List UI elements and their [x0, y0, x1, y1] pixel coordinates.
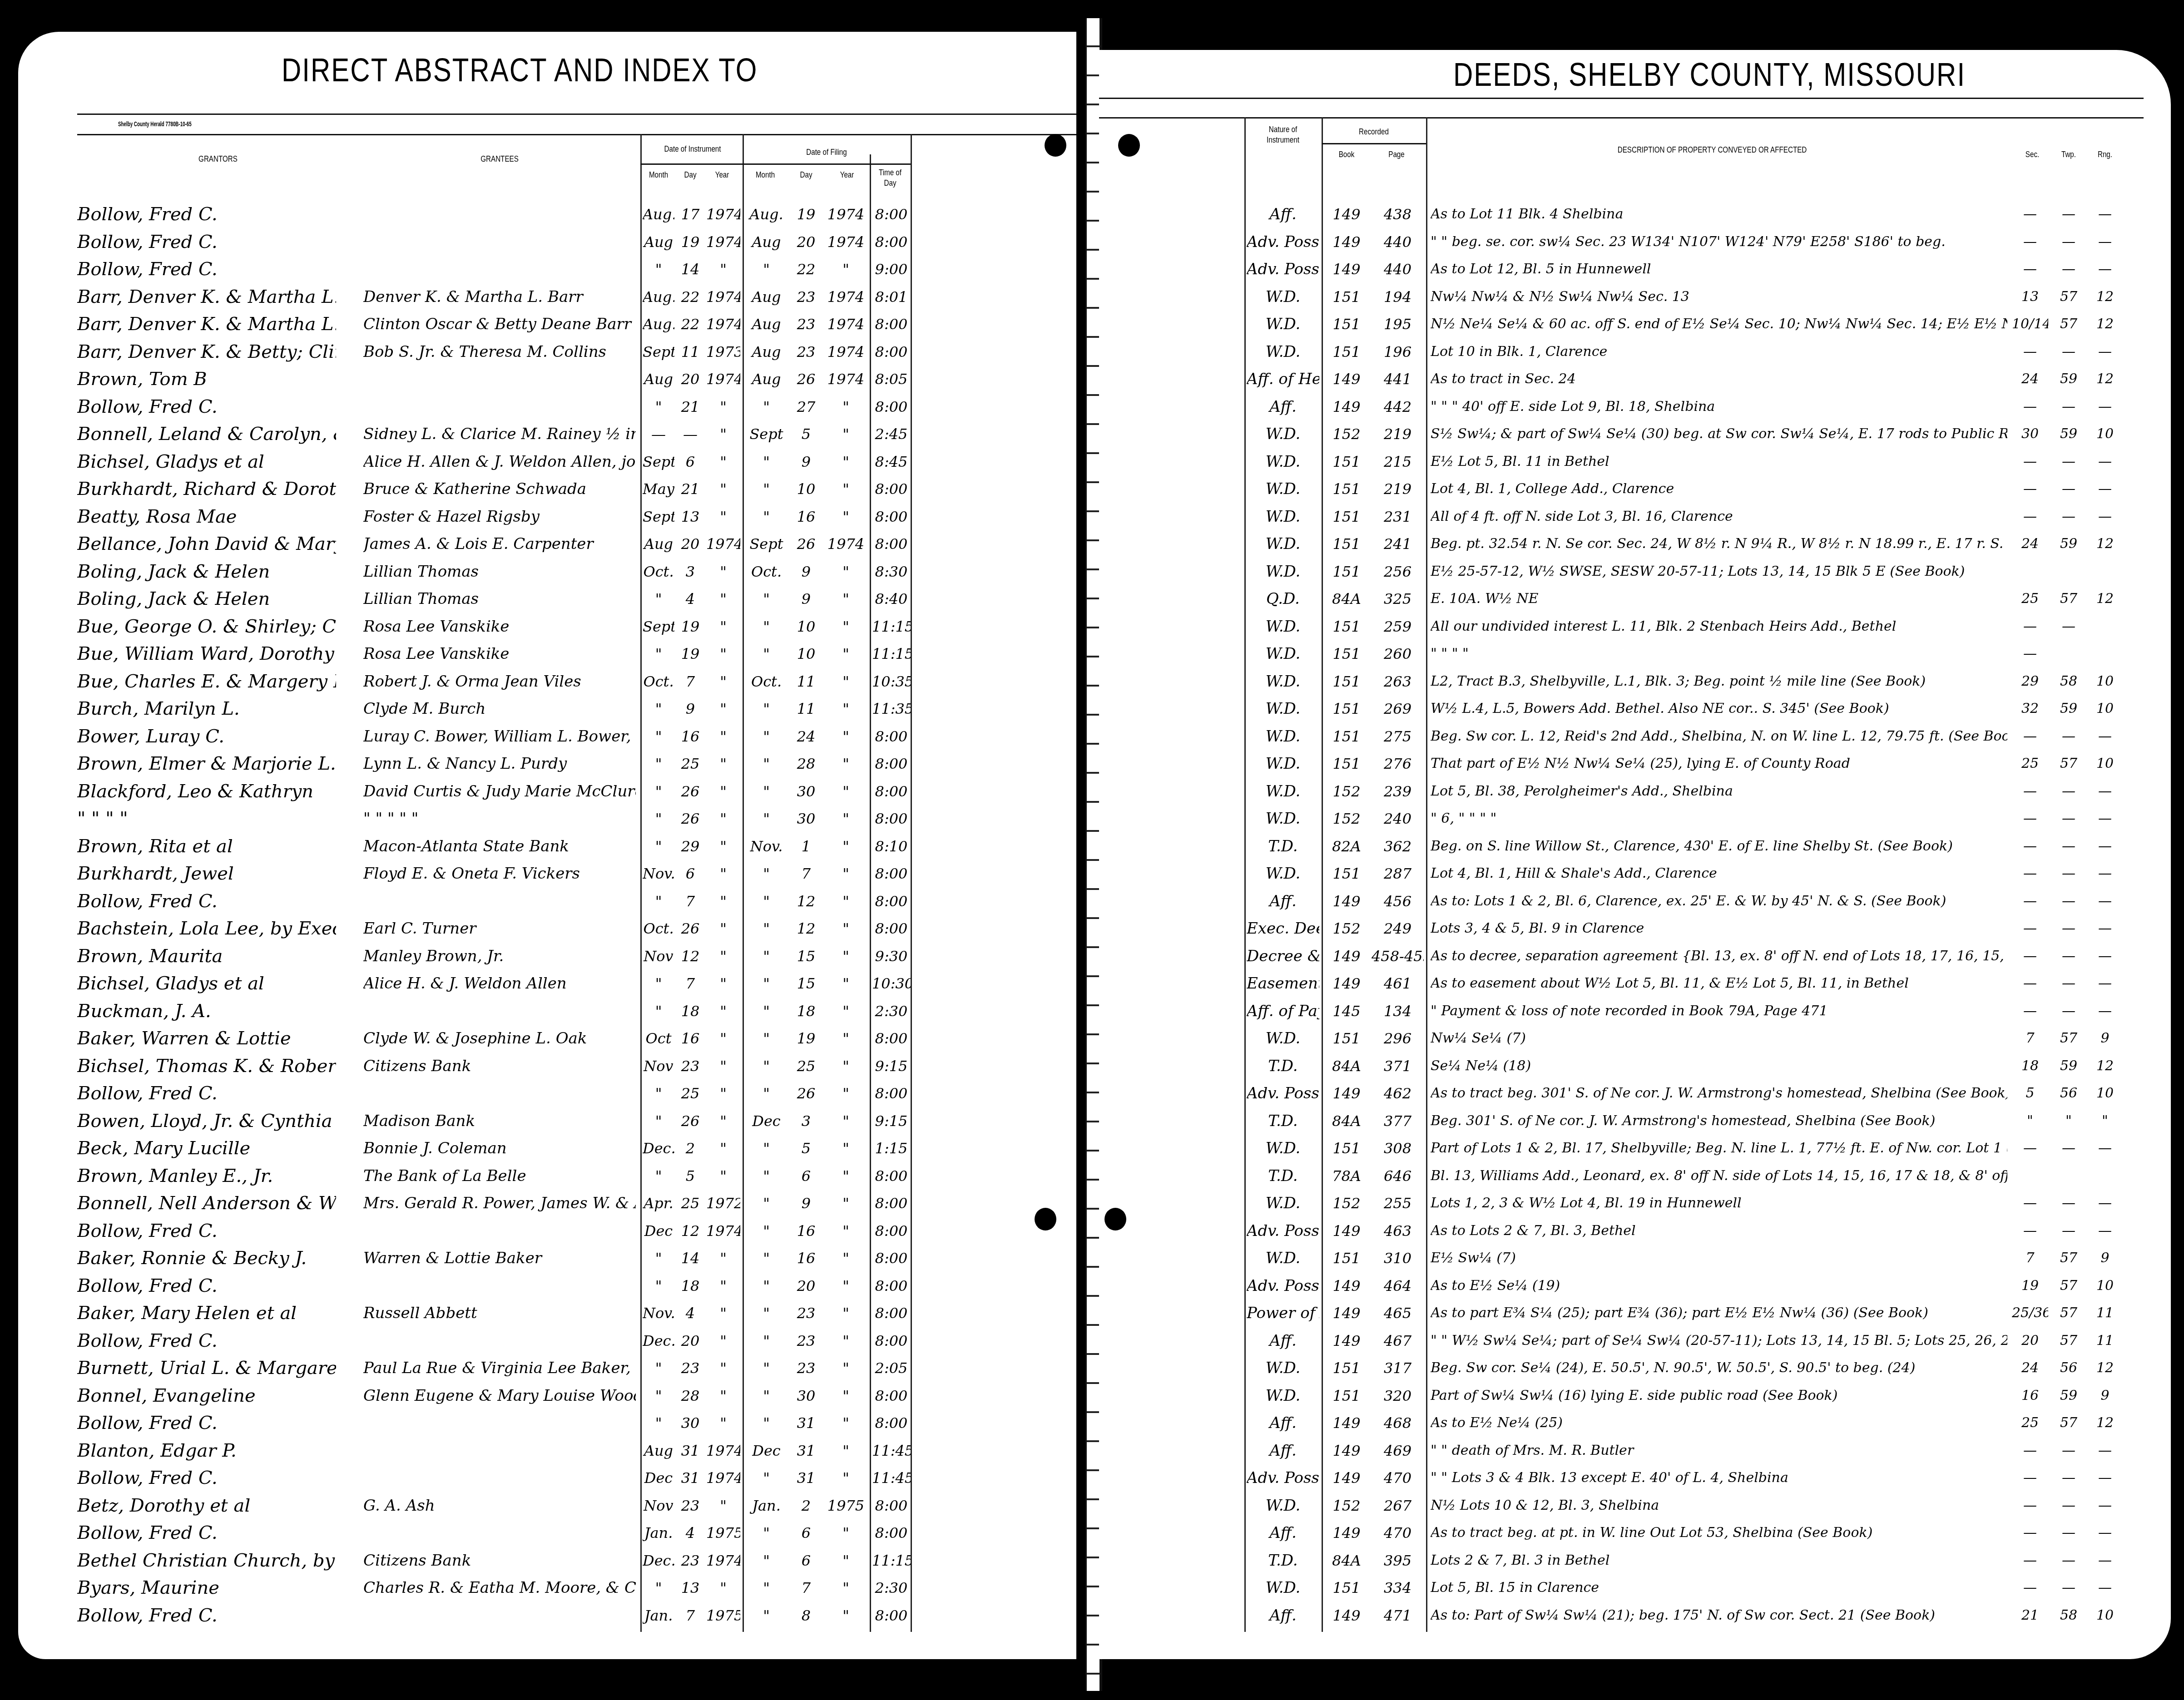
entry-twp: 57 — [2050, 1244, 2087, 1273]
entry-sec: 20 — [2012, 1326, 2048, 1355]
entry-grantee: Floyd E. & Oneta F. Vickers — [363, 859, 636, 888]
entry-description: S½ Sw¼; & part of Sw¼ Se¼ (30) beg. at S… — [1431, 420, 2007, 449]
entry-page: 469 — [1372, 1436, 1424, 1465]
entry-book: 149 — [1324, 255, 1369, 284]
entry-inst-day: 11 — [677, 337, 704, 366]
entry-description: " " Lots 3 & 4 Blk. 13 except E. 40' of … — [1431, 1463, 2007, 1492]
entry-inst-month: " — [643, 832, 674, 861]
entry-rng: — — [2087, 474, 2123, 504]
entry-page: 465 — [1372, 1299, 1424, 1328]
right-entry-row: W.D.151296Nw¼ Se¼ (7)7579 — [1099, 1024, 2171, 1053]
entry-sec: 16 — [2012, 1381, 2048, 1410]
entry-inst-day: 26 — [677, 804, 704, 833]
entry-grantor: Brown, Elmer & Marjorie L. — [77, 749, 336, 778]
entry-time: 8:00 — [872, 227, 911, 257]
entry-time: 8:00 — [872, 1299, 911, 1328]
entry-description: As to E½ Se¼ (19) — [1431, 1271, 2007, 1300]
entry-sec: — — [2012, 914, 2048, 943]
entry-file-day: 9 — [790, 447, 822, 476]
entry-file-month: " — [745, 447, 788, 476]
entry-grantee: Earl C. Turner — [363, 914, 636, 943]
entry-file-month: " — [745, 1079, 788, 1108]
entry-file-year: 1974 — [824, 282, 867, 311]
entry-page: 395 — [1372, 1546, 1424, 1575]
entry-file-year: " — [824, 694, 867, 723]
entry-grantee: Luray C. Bower, William L. Bower, & Wino… — [363, 722, 636, 751]
entry-inst-year: 1974 — [706, 529, 740, 558]
entry-nature: W.D. — [1247, 310, 1319, 339]
entry-file-day: 23 — [790, 310, 822, 339]
entry-description: Beg. 301' S. of Ne cor. J. W. Armstrong'… — [1431, 1107, 2007, 1136]
left-entry-row: Baker, Ronnie & Becky J.Warren & Lottie … — [18, 1244, 1076, 1273]
entry-book: 149 — [1324, 1463, 1369, 1492]
left-entry-row: Bue, William Ward, Dorothy J., Juanita B… — [18, 639, 1076, 668]
entry-time: 8:00 — [872, 310, 911, 339]
entry-inst-month: Nov — [643, 1491, 674, 1520]
left-entry-row: Bellance, John David & Mary A.James A. &… — [18, 529, 1076, 558]
right-entry-row: Adv. Poss. Aff.149464As to E½ Se¼ (19)19… — [1099, 1271, 2171, 1300]
entry-description: Se¼ Ne¼ (18) — [1431, 1052, 2007, 1081]
entry-inst-day: — — [677, 420, 704, 449]
column-header-inst-year: Year — [709, 170, 735, 181]
entry-grantor: Bichsel, Thomas K. & Roberta — [77, 1052, 336, 1081]
entry-inst-month: Aug. — [643, 282, 674, 311]
entry-inst-year: " — [706, 832, 740, 861]
left-entry-row: Bichsel, Gladys et alAlice H. & J. Weldo… — [18, 969, 1076, 998]
entry-page: 456 — [1372, 887, 1424, 916]
entry-inst-year: " — [706, 804, 740, 833]
entry-inst-day: 29 — [677, 832, 704, 861]
entry-twp: 59 — [2050, 1381, 2087, 1410]
left-entry-row: Bollow, Fred C."7""12"8:00 — [18, 887, 1076, 916]
entry-inst-day: 6 — [677, 859, 704, 888]
entry-page: 471 — [1372, 1601, 1424, 1630]
entry-file-month: Aug — [745, 282, 788, 311]
entry-nature: W.D. — [1247, 1573, 1319, 1602]
entry-twp: — — [2050, 474, 2087, 504]
right-entry-row: W.D.152219S½ Sw¼; & part of Sw¼ Se¼ (30)… — [1099, 420, 2171, 449]
entry-description: E½ Lot 5, Bl. 11 in Bethel — [1431, 447, 2007, 476]
entry-twp: 59 — [2050, 365, 2087, 394]
entry-inst-year: " — [706, 1573, 740, 1602]
entry-inst-year: " — [706, 1024, 740, 1053]
left-entry-row: Bollow, Fred C."21""27"8:00 — [18, 392, 1076, 421]
entry-grantee: Foster & Hazel Rigsby — [363, 502, 636, 531]
entry-grantor: Beatty, Rosa Mae — [77, 502, 336, 531]
entry-sec: 25/36 — [2012, 1299, 2048, 1328]
entry-file-year: " — [824, 832, 867, 861]
entry-grantor: Brown, Rita et al — [77, 832, 336, 861]
entry-time: 8:00 — [872, 1189, 911, 1218]
entry-book: 152 — [1324, 804, 1369, 833]
entry-description: Nw¼ Se¼ (7) — [1431, 1024, 2007, 1053]
left-entry-row: Burkhardt, JewelFloyd E. & Oneta F. Vick… — [18, 859, 1076, 888]
entry-inst-year: " — [706, 887, 740, 916]
entry-sec: 25 — [2012, 584, 2048, 613]
right-entry-row: T.D.78A646Bl. 13, Williams Add., Leonard… — [1099, 1161, 2171, 1191]
entry-inst-month: " — [643, 997, 674, 1026]
entry-sec: — — [2012, 612, 2048, 641]
entry-inst-day: 7 — [677, 887, 704, 916]
entry-time: 10:30 — [872, 969, 911, 998]
entry-nature: T.D. — [1247, 1161, 1319, 1191]
entry-file-year: " — [824, 914, 867, 943]
entry-file-day: 2 — [790, 1491, 822, 1520]
entry-page: 464 — [1372, 1271, 1424, 1300]
right-entry-row: Exec. Deed152249Lots 3, 4 & 5, Bl. 9 in … — [1099, 914, 2171, 943]
entry-grantee: Bruce & Katherine Schwada — [363, 474, 636, 504]
entry-inst-day: 13 — [677, 1573, 704, 1602]
entry-inst-year: " — [706, 914, 740, 943]
entry-page: 442 — [1372, 392, 1424, 421]
entry-file-month: " — [745, 1381, 788, 1410]
entry-inst-year: 1974 — [706, 1546, 740, 1575]
right-entry-row: W.D.151334Lot 5, Bl. 15 in Clarence——— — [1099, 1573, 2171, 1602]
left-entry-row: Bonnel, EvangelineGlenn Eugene & Mary Lo… — [18, 1381, 1076, 1410]
column-header-twp: Twp. — [2056, 150, 2081, 160]
entry-grantor: Bollow, Fred C. — [77, 1518, 336, 1547]
entry-sec: — — [2012, 997, 2048, 1026]
entry-inst-day: 31 — [677, 1463, 704, 1492]
right-entry-row: T.D.84A371Se¼ Ne¼ (18)185912 — [1099, 1052, 2171, 1081]
entry-file-year: " — [824, 557, 867, 586]
entry-page: 195 — [1372, 310, 1424, 339]
column-header-page: Page — [1380, 150, 1413, 160]
entry-page: 287 — [1372, 859, 1424, 888]
entry-grantor: Barr, Denver K. & Martha L., Clinton & B… — [77, 310, 336, 339]
entry-book: 151 — [1324, 1134, 1369, 1163]
entry-grantee: Clyde M. Burch — [363, 694, 636, 723]
entry-book: 82A — [1324, 832, 1369, 861]
left-entry-row: Bue, Charles E. & Margery M.Robert J. & … — [18, 667, 1076, 696]
entry-time: 8:00 — [872, 1216, 911, 1245]
entry-page: 320 — [1372, 1381, 1424, 1410]
entry-time: 8:00 — [872, 200, 911, 229]
entry-twp: 57 — [2050, 1326, 2087, 1355]
entry-grantor: Bowen, Lloyd, Jr. & Cynthia Sue — [77, 1107, 336, 1136]
entry-twp: — — [2050, 502, 2087, 531]
entry-page: 468 — [1372, 1408, 1424, 1438]
entry-page: 377 — [1372, 1107, 1424, 1136]
left-entry-row: Buckman, J. A."18""18"2:30 — [18, 997, 1076, 1026]
right-entry-row: W.D.151308Part of Lots 1 & 2, Bl. 17, Sh… — [1099, 1134, 2171, 1163]
entry-file-day: 15 — [790, 942, 822, 971]
entry-rng: — — [2087, 227, 2123, 257]
entry-sec: — — [2012, 1518, 2048, 1547]
entry-file-year: " — [824, 1354, 867, 1383]
entry-page: 263 — [1372, 667, 1424, 696]
entry-book: 149 — [1324, 1326, 1369, 1355]
entry-description: As to tract in Sec. 24 — [1431, 365, 2007, 394]
entry-file-month: " — [745, 1408, 788, 1438]
entry-inst-day: 12 — [677, 942, 704, 971]
entry-inst-month: Jan. — [643, 1601, 674, 1630]
entry-file-day: 20 — [790, 1271, 822, 1300]
entry-rng: 10 — [2087, 1271, 2123, 1300]
entry-file-year: " — [824, 1408, 867, 1438]
entry-file-month: " — [745, 859, 788, 888]
entry-twp: 59 — [2050, 694, 2087, 723]
entry-rng: — — [2087, 502, 2123, 531]
entry-description: As to: Part of Sw¼ Sw¼ (21); beg. 175' N… — [1431, 1601, 2007, 1630]
entry-file-year: " — [824, 777, 867, 806]
right-entry-row: Power of Attorney149465As to part E¾ S¼ … — [1099, 1299, 2171, 1328]
entry-inst-month: " — [643, 777, 674, 806]
entry-grantor: Bollow, Fred C. — [77, 1079, 336, 1108]
entry-page: 438 — [1372, 200, 1424, 229]
entry-inst-year: " — [706, 1244, 740, 1273]
entry-file-day: 24 — [790, 722, 822, 751]
left-entry-row: Beck, Mary LucilleBonnie J. ColemanDec.2… — [18, 1134, 1076, 1163]
entry-file-month: " — [745, 914, 788, 943]
entry-nature: W.D. — [1247, 612, 1319, 641]
right-entry-row: Q.D.84A325E. 10A. W½ NE255712 — [1099, 584, 2171, 613]
entry-file-month: " — [745, 1189, 788, 1218]
entry-inst-year: " — [706, 420, 740, 449]
date-header-rule — [640, 163, 911, 165]
entry-page: 256 — [1372, 557, 1424, 586]
entry-nature: Exec. Deed — [1247, 914, 1319, 943]
right-entry-row: T.D.82A362Beg. on S. line Willow St., Cl… — [1099, 832, 2171, 861]
right-entry-row: W.D.151196Lot 10 in Blk. 1, Clarence——— — [1099, 337, 2171, 366]
entry-description: All of 4 ft. off N. side Lot 3, Bl. 16, … — [1431, 502, 2007, 531]
entry-inst-month: Nov — [643, 1052, 674, 1081]
entry-time: 8:00 — [872, 859, 911, 888]
entry-grantor: Brown, Tom B — [77, 365, 336, 394]
entry-rng: 10 — [2087, 1601, 2123, 1630]
entry-inst-month: Sept — [643, 502, 674, 531]
entry-file-day: 10 — [790, 474, 822, 504]
entry-sec: — — [2012, 1546, 2048, 1575]
entry-sec: 24 — [2012, 365, 2048, 394]
entry-book: 151 — [1324, 557, 1369, 586]
entry-rng: 12 — [2087, 365, 2123, 394]
entry-inst-month: Aug — [643, 227, 674, 257]
entry-twp: — — [2050, 1463, 2087, 1492]
entry-description: Beg. pt. 32.54 r. N. Se cor. Sec. 24, W … — [1431, 529, 2007, 558]
entry-time: 10:35 — [872, 667, 911, 696]
entry-book: 149 — [1324, 227, 1369, 257]
entry-rng: " — [2087, 1107, 2123, 1136]
entry-inst-year: " — [706, 667, 740, 696]
entry-nature: Aff. — [1247, 1518, 1319, 1547]
entry-inst-year: " — [706, 969, 740, 998]
entry-file-day: 3 — [790, 1107, 822, 1136]
entry-description: As to Lot 12, Bl. 5 in Hunnewell — [1431, 255, 2007, 284]
entry-inst-day: 31 — [677, 1436, 704, 1465]
binder-hole — [1035, 1208, 1056, 1231]
entry-inst-year: 1975 — [706, 1518, 740, 1547]
entry-sec: — — [2012, 200, 2048, 229]
entry-inst-day: 30 — [677, 1408, 704, 1438]
entry-description: Beg. Sw cor. L. 12, Reid's 2nd Add., She… — [1431, 722, 2007, 751]
entry-book: 152 — [1324, 777, 1369, 806]
entry-grantor: Barr, Denver K. & Betty; Clinton & Betty… — [77, 337, 336, 366]
column-header-recorded: Recorded — [1336, 127, 1412, 138]
entry-file-day: 16 — [790, 502, 822, 531]
entry-inst-month: Nov. — [643, 1299, 674, 1328]
entry-rng: — — [2087, 969, 2123, 998]
entry-sec: 30 — [2012, 420, 2048, 449]
entry-sec: — — [2012, 1573, 2048, 1602]
left-entry-row: Byars, MaurineCharles R. & Eatha M. Moor… — [18, 1573, 1076, 1602]
entry-inst-month: " — [643, 1408, 674, 1438]
entry-inst-month: " — [643, 1079, 674, 1108]
entry-page: 296 — [1372, 1024, 1424, 1053]
entry-inst-year: " — [706, 639, 740, 668]
entry-inst-month: Dec — [643, 1216, 674, 1245]
entry-grantee: Russell Abbett — [363, 1299, 636, 1328]
entry-description: Bl. 13, Williams Add., Leonard, ex. 8' o… — [1431, 1161, 2007, 1191]
left-entry-row: Bonnell, Leland & Carolyn, & Paul et al … — [18, 420, 1076, 449]
entry-rng: 9 — [2087, 1024, 2123, 1053]
entry-grantor: Bollow, Fred C. — [77, 1271, 336, 1300]
entry-file-year: " — [824, 969, 867, 998]
entry-time: 8:00 — [872, 392, 911, 421]
entry-book: 151 — [1324, 474, 1369, 504]
entry-nature: W.D. — [1247, 529, 1319, 558]
left-entry-row: Bollow, Fred C.Dec121974"16"8:00 — [18, 1216, 1076, 1245]
entry-rng: 10 — [2087, 420, 2123, 449]
entry-file-day: 6 — [790, 1546, 822, 1575]
entry-grantor: Blackford, Leo & Kathryn — [77, 777, 336, 806]
entry-nature: W.D. — [1247, 722, 1319, 751]
entry-grantor: Bollow, Fred C. — [77, 1216, 336, 1245]
entry-twp: — — [2050, 1491, 2087, 1520]
entry-rng: — — [2087, 1546, 2123, 1575]
entry-page: 275 — [1372, 722, 1424, 751]
entry-inst-month: Aug. — [643, 310, 674, 339]
entry-inst-year: " — [706, 1107, 740, 1136]
entry-inst-year: " — [706, 749, 740, 778]
entry-twp: — — [2050, 227, 2087, 257]
entry-grantee: James A. & Lois E. Carpenter — [363, 529, 636, 558]
entry-rng: — — [2087, 337, 2123, 366]
entry-sec: 5 — [2012, 1079, 2048, 1108]
entry-inst-month: Aug — [643, 529, 674, 558]
entry-file-day: 8 — [790, 1601, 822, 1630]
entry-inst-month: — — [643, 420, 674, 449]
entry-rng: 12 — [2087, 529, 2123, 558]
entry-grantor: Bethel Christian Church, by President — [77, 1546, 336, 1575]
entry-twp: 57 — [2050, 584, 2087, 613]
left-entry-row: Baker, Warren & LottieClyde W. & Josephi… — [18, 1024, 1076, 1053]
entry-file-year: " — [824, 1079, 867, 1108]
entry-twp: 57 — [2050, 1408, 2087, 1438]
entry-book: 149 — [1324, 969, 1369, 998]
entry-grantor: Barr, Denver K. & Martha L., Clinton & B… — [77, 282, 336, 311]
entry-time: 8:00 — [872, 1326, 911, 1355]
entry-inst-day: 2 — [677, 1134, 704, 1163]
entry-file-year: " — [824, 639, 867, 668]
left-entry-row: Burch, Marilyn L.Clyde M. Burch"9""11"11… — [18, 694, 1076, 723]
entry-inst-year: " — [706, 1299, 740, 1328]
entry-page: 239 — [1372, 777, 1424, 806]
right-entry-row: Aff.149438As to Lot 11 Blk. 4 Shelbina——… — [1099, 200, 2171, 229]
entry-file-day: 10 — [790, 612, 822, 641]
entry-book: 151 — [1324, 749, 1369, 778]
entry-nature: W.D. — [1247, 447, 1319, 476]
entry-grantor: Bonnell, Nell Anderson & Wayne E. et al — [77, 1189, 336, 1218]
entry-file-month: " — [745, 1271, 788, 1300]
entry-description: As to E½ Ne¼ (25) — [1431, 1408, 2007, 1438]
entry-grantor: Bellance, John David & Mary A. — [77, 529, 336, 558]
entry-grantee: Lillian Thomas — [363, 557, 636, 586]
entry-nature: Adv. Poss. Aff. — [1247, 1216, 1319, 1245]
right-entry-row: W.D.152239Lot 5, Bl. 38, Perolgheimer's … — [1099, 777, 2171, 806]
entry-rng: — — [2087, 1436, 2123, 1465]
entry-file-year: " — [824, 1381, 867, 1410]
entry-time: 8:05 — [872, 365, 911, 394]
entry-page: 255 — [1372, 1189, 1424, 1218]
entry-book: 149 — [1324, 1518, 1369, 1547]
right-entry-row: W.D.151256E½ 25-57-12, W½ SWSE, SESW 20-… — [1099, 557, 2171, 586]
entry-file-year: " — [824, 502, 867, 531]
entry-file-month: " — [745, 749, 788, 778]
entry-description: Part of Sw¼ Sw¼ (16) lying E. side publi… — [1431, 1381, 2007, 1410]
entry-time: 8:00 — [872, 1079, 911, 1108]
entry-sec: — — [2012, 1491, 2048, 1520]
entry-file-day: 26 — [790, 529, 822, 558]
entry-file-day: 9 — [790, 557, 822, 586]
entry-book: 151 — [1324, 282, 1369, 311]
entry-grantor: Bonnel, Evangeline — [77, 1381, 336, 1410]
entry-inst-month: Aug — [643, 365, 674, 394]
entry-file-day: 9 — [790, 1189, 822, 1218]
entry-sec: 29 — [2012, 667, 2048, 696]
entry-nature: Adv. Poss. Aff. — [1247, 255, 1319, 284]
entry-description: Part of Lots 1 & 2, Bl. 17, Shelbyville;… — [1431, 1134, 2007, 1163]
entry-file-month: " — [745, 1024, 788, 1053]
entry-inst-month: Oct — [643, 1024, 674, 1053]
entry-file-year: " — [824, 942, 867, 971]
entry-nature: W.D. — [1247, 859, 1319, 888]
entry-description: As to tract beg. 301' S. of Ne cor. J. W… — [1431, 1079, 2007, 1108]
header-rule-bottom — [77, 134, 1076, 135]
entry-file-day: 6 — [790, 1518, 822, 1547]
entry-twp: 57 — [2050, 310, 2087, 339]
entry-sec: — — [2012, 639, 2048, 668]
entry-time: 8:00 — [872, 749, 911, 778]
column-header-nature: Nature of Instrument — [1256, 125, 1310, 146]
entry-grantee: Macon-Atlanta State Bank — [363, 832, 636, 861]
printer-mark: Shelby County Herald 7780B-10-65 — [118, 120, 192, 128]
entry-book: 151 — [1324, 612, 1369, 641]
entry-page: 196 — [1372, 337, 1424, 366]
entry-inst-year: " — [706, 1052, 740, 1081]
entry-book: 151 — [1324, 502, 1369, 531]
entry-book: 151 — [1324, 529, 1369, 558]
entry-page: 276 — [1372, 749, 1424, 778]
entry-time: 11:45 — [872, 1463, 911, 1492]
entry-inst-day: 20 — [677, 365, 704, 394]
left-entry-row: Bethel Christian Church, by PresidentCit… — [18, 1546, 1076, 1575]
entry-page: 241 — [1372, 529, 1424, 558]
entry-grantee: The Bank of La Belle — [363, 1161, 636, 1191]
entry-rng: — — [2087, 255, 2123, 284]
entry-file-month: " — [745, 502, 788, 531]
entry-rng: 12 — [2087, 1052, 2123, 1081]
entry-file-month: Sept — [745, 420, 788, 449]
entry-book: 149 — [1324, 1436, 1369, 1465]
right-entry-row: W.D.151260" " " "— — [1099, 639, 2171, 668]
entry-file-day: 11 — [790, 667, 822, 696]
entry-sec: — — [2012, 1436, 2048, 1465]
column-header-date-instrument: Date of Instrument — [653, 144, 733, 155]
entry-grantor: Burkhardt, Richard & Dorothy — [77, 474, 336, 504]
entry-page: 249 — [1372, 914, 1424, 943]
left-entry-row: Bonnell, Nell Anderson & Wayne E. et alM… — [18, 1189, 1076, 1218]
